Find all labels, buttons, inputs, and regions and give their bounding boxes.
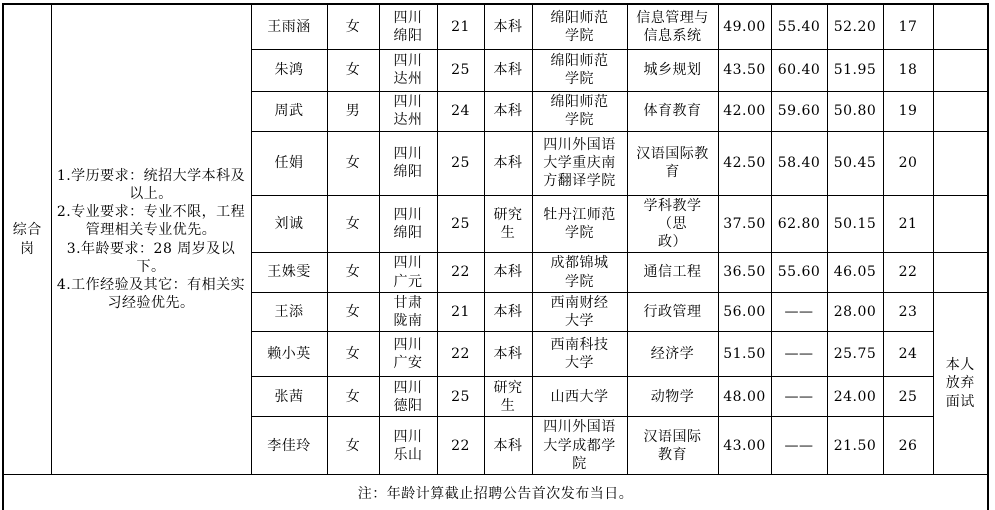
empty-status-cell (933, 131, 988, 195)
hometown-cell: 四川 广元 (379, 253, 437, 293)
hometown-cell: 四川 达州 (379, 91, 437, 131)
hometown-cell: 甘肃 陇南 (379, 293, 437, 332)
rank-cell: 21 (883, 195, 933, 253)
interview-score-cell: 55.60 (771, 253, 827, 293)
rank-cell: 18 (883, 49, 933, 91)
position-cell: 综合 岗 (3, 4, 51, 475)
education-cell: 本科 (484, 4, 532, 49)
written-score-cell: 42.00 (718, 91, 771, 131)
education-cell: 本科 (484, 417, 532, 475)
name-cell: 李佳玲 (251, 417, 327, 475)
name-cell: 王添 (251, 293, 327, 332)
age-cell: 25 (437, 49, 484, 91)
major-cell: 行政管理 (627, 293, 718, 332)
major-cell: 动物学 (627, 377, 718, 417)
name-cell: 刘诚 (251, 195, 327, 253)
gender-cell: 女 (327, 4, 379, 49)
recruitment-table: 综合 岗 1.学历要求：统招大学本科及以上。 2.专业要求：专业不限，工程管理相… (2, 3, 989, 510)
school-cell: 山西大学 (532, 377, 627, 417)
total-score-cell: 46.05 (827, 253, 883, 293)
rank-cell: 20 (883, 131, 933, 195)
school-cell: 绵阳师范 学院 (532, 4, 627, 49)
gender-cell: 男 (327, 91, 379, 131)
age-cell: 22 (437, 417, 484, 475)
hometown-cell: 四川 绵阳 (379, 131, 437, 195)
rank-cell: 19 (883, 91, 933, 131)
interview-score-cell: —— (771, 293, 827, 332)
interview-score-cell: 60.40 (771, 49, 827, 91)
name-cell: 朱鸿 (251, 49, 327, 91)
major-cell: 体育教育 (627, 91, 718, 131)
interview-score-cell: 58.40 (771, 131, 827, 195)
footnote-cell: 注：年龄计算截止招聘公告首次发布当日。 (3, 475, 988, 510)
name-cell: 张茜 (251, 377, 327, 417)
major-cell: 汉语国际 教育 (627, 417, 718, 475)
rank-cell: 25 (883, 377, 933, 417)
empty-status-cell (933, 91, 988, 131)
written-score-cell: 49.00 (718, 4, 771, 49)
gender-cell: 女 (327, 332, 379, 377)
hometown-cell: 四川 绵阳 (379, 4, 437, 49)
education-cell: 研究 生 (484, 377, 532, 417)
total-score-cell: 50.80 (827, 91, 883, 131)
interview-score-cell: 62.80 (771, 195, 827, 253)
school-cell: 西南科技 大学 (532, 332, 627, 377)
hometown-cell: 四川 达州 (379, 49, 437, 91)
education-cell: 本科 (484, 49, 532, 91)
empty-status-cell (933, 4, 988, 49)
rank-cell: 22 (883, 253, 933, 293)
written-score-cell: 51.50 (718, 332, 771, 377)
name-cell: 赖小英 (251, 332, 327, 377)
education-cell: 本科 (484, 332, 532, 377)
age-cell: 21 (437, 4, 484, 49)
education-cell: 本科 (484, 91, 532, 131)
major-cell: 信息管理与 信息系统 (627, 4, 718, 49)
school-cell: 西南财经 大学 (532, 293, 627, 332)
interview-score-cell: —— (771, 417, 827, 475)
name-cell: 王姝雯 (251, 253, 327, 293)
rank-cell: 17 (883, 4, 933, 49)
total-score-cell: 28.00 (827, 293, 883, 332)
school-cell: 绵阳师范 学院 (532, 91, 627, 131)
total-score-cell: 21.50 (827, 417, 883, 475)
gender-cell: 女 (327, 195, 379, 253)
gender-cell: 女 (327, 131, 379, 195)
school-cell: 牡丹江师范 学院 (532, 195, 627, 253)
abandon-interview-cell: 本人 放弃 面试 (933, 293, 988, 475)
rank-cell: 24 (883, 332, 933, 377)
name-cell: 周武 (251, 91, 327, 131)
written-score-cell: 48.00 (718, 377, 771, 417)
requirements-cell: 1.学历要求：统招大学本科及以上。 2.专业要求：专业不限，工程管理相关专业优先… (51, 4, 251, 475)
written-score-cell: 43.50 (718, 49, 771, 91)
empty-status-cell (933, 49, 988, 91)
major-cell: 经济学 (627, 332, 718, 377)
document-sheet: 综合 岗 1.学历要求：统招大学本科及以上。 2.专业要求：专业不限，工程管理相… (2, 3, 989, 510)
age-cell: 21 (437, 293, 484, 332)
total-score-cell: 51.95 (827, 49, 883, 91)
age-cell: 22 (437, 332, 484, 377)
education-cell: 本科 (484, 253, 532, 293)
rank-cell: 26 (883, 417, 933, 475)
age-cell: 25 (437, 131, 484, 195)
age-cell: 22 (437, 253, 484, 293)
school-cell: 成都锦城 学院 (532, 253, 627, 293)
education-cell: 本科 (484, 293, 532, 332)
written-score-cell: 42.50 (718, 131, 771, 195)
major-cell: 城乡规划 (627, 49, 718, 91)
name-cell: 任娟 (251, 131, 327, 195)
major-cell: 通信工程 (627, 253, 718, 293)
empty-status-cell (933, 195, 988, 253)
age-cell: 24 (437, 91, 484, 131)
hometown-cell: 四川 德阳 (379, 377, 437, 417)
hometown-cell: 四川 广安 (379, 332, 437, 377)
rank-cell: 23 (883, 293, 933, 332)
interview-score-cell: 59.60 (771, 91, 827, 131)
gender-cell: 女 (327, 49, 379, 91)
school-cell: 四川外国语 大学重庆南 方翻译学院 (532, 131, 627, 195)
name-cell: 王雨涵 (251, 4, 327, 49)
hometown-cell: 四川 绵阳 (379, 195, 437, 253)
hometown-cell: 四川 乐山 (379, 417, 437, 475)
interview-score-cell: —— (771, 332, 827, 377)
written-score-cell: 36.50 (718, 253, 771, 293)
education-cell: 本科 (484, 131, 532, 195)
footnote-row: 注：年龄计算截止招聘公告首次发布当日。 (3, 475, 988, 510)
interview-score-cell: —— (771, 377, 827, 417)
age-cell: 25 (437, 195, 484, 253)
gender-cell: 女 (327, 253, 379, 293)
total-score-cell: 52.20 (827, 4, 883, 49)
major-cell: 汉语国际教 育 (627, 131, 718, 195)
total-score-cell: 24.00 (827, 377, 883, 417)
school-cell: 四川外国语 大学成都学 院 (532, 417, 627, 475)
total-score-cell: 50.45 (827, 131, 883, 195)
total-score-cell: 50.15 (827, 195, 883, 253)
major-cell: 学科教学（思 政） (627, 195, 718, 253)
written-score-cell: 37.50 (718, 195, 771, 253)
written-score-cell: 43.00 (718, 417, 771, 475)
interview-score-cell: 55.40 (771, 4, 827, 49)
gender-cell: 女 (327, 293, 379, 332)
written-score-cell: 56.00 (718, 293, 771, 332)
gender-cell: 女 (327, 417, 379, 475)
candidate-row: 综合 岗 1.学历要求：统招大学本科及以上。 2.专业要求：专业不限，工程管理相… (3, 4, 988, 49)
school-cell: 绵阳师范 学院 (532, 49, 627, 91)
gender-cell: 女 (327, 377, 379, 417)
empty-status-cell (933, 253, 988, 293)
education-cell: 研究 生 (484, 195, 532, 253)
age-cell: 25 (437, 377, 484, 417)
total-score-cell: 25.75 (827, 332, 883, 377)
